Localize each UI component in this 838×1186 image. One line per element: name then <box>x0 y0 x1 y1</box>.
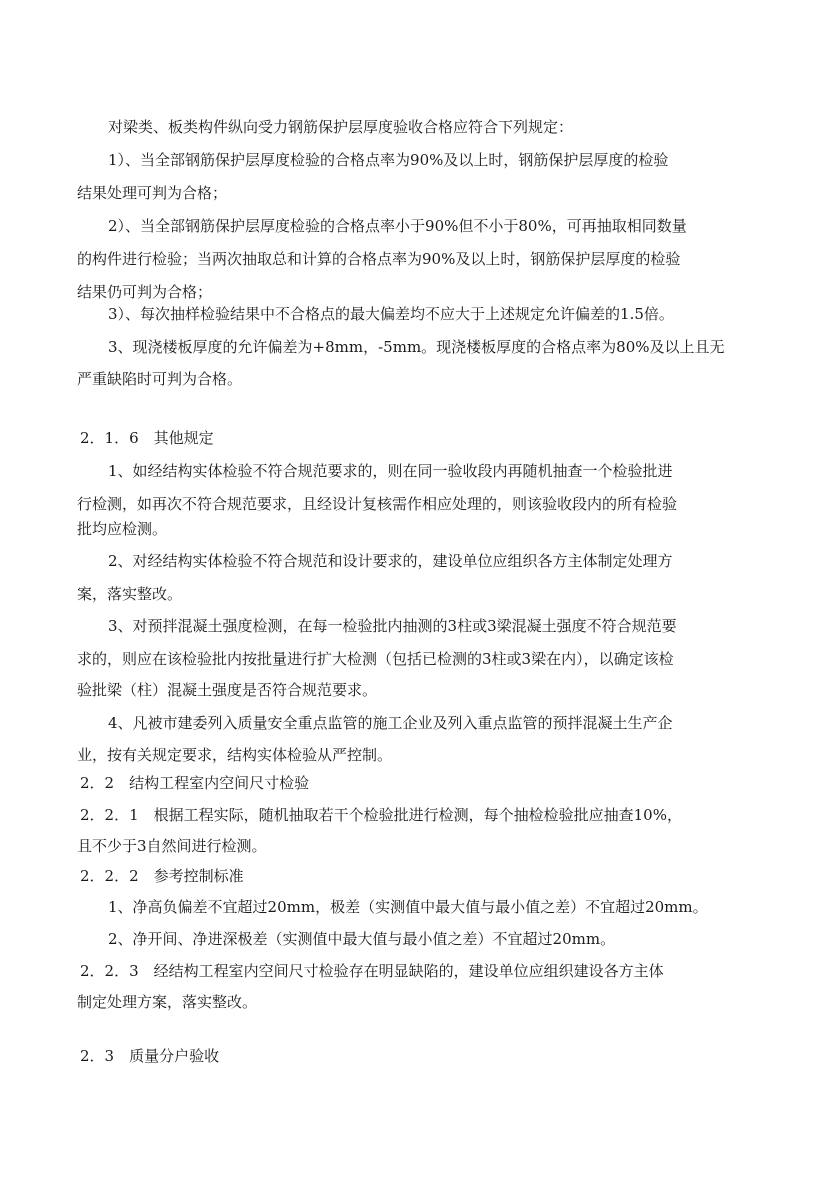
paragraph-line: 2）、当全部钢筋保护层厚度检验的合格点率小于90%但不小于80%，可再抽取相同数… <box>108 216 687 236</box>
paragraph-line: 2、净开间、净进深极差（实测值中最大值与最小值之差）不宜超过20mm。 <box>108 929 615 949</box>
paragraph-line: 严重缺陷时可判为合格。 <box>77 369 242 389</box>
paragraph-line: 制定处理方案，落实整改。 <box>77 992 257 1012</box>
paragraph-line: 3、现浇楼板厚度的允许偏差为+8mm，-5mm。现浇楼板厚度的合格点率为80%及… <box>108 337 725 357</box>
paragraph-line: 验批梁（柱）混凝土强度是否符合规范要求。 <box>77 680 377 700</box>
paragraph-line: 批均应检测。 <box>77 519 167 539</box>
paragraph-line: 结果处理可判为合格； <box>77 183 227 203</box>
paragraph-line: 1、净高负偏差不宜超过20mm，极差（实测值中最大值与最小值之差）不宜超过20m… <box>108 897 708 917</box>
paragraph-line: 3）、每次抽样检验结果中不合格点的最大偏差均不应大于上述规定允许偏差的1.5倍。 <box>108 304 674 324</box>
paragraph-line: 案，落实整改。 <box>77 584 182 604</box>
paragraph-line: 的构件进行检验；当两次抽取总和计算的合格点率为90%及以上时，钢筋保护层厚度的检… <box>77 249 680 269</box>
paragraph-line: 且不少于3自然间进行检测。 <box>77 836 267 856</box>
paragraph-line: 1、如经结构实体检验不符合规范要求的，则在同一验收段内再随机抽查一个检验批进 <box>108 461 673 481</box>
paragraph-line: 业，按有关规定要求，结构实体检验从严控制。 <box>77 745 392 765</box>
paragraph-line: 3、对预拌混凝土强度检测，在每一检验批内抽测的3柱或3梁混凝土强度不符合规范要 <box>108 616 677 636</box>
paragraph-line: 结果仍可判为合格； <box>77 282 212 302</box>
section-heading-2-2: 2．2 结构工程室内空间尺寸检验 <box>80 773 309 793</box>
document-page: 对梁类、板类构件纵向受力钢筋保护层厚度验收合格应符合下列规定： 1）、当全部钢筋… <box>0 0 838 1186</box>
section-heading-2-3: 2．3 质量分户验收 <box>80 1046 219 1066</box>
paragraph-line: 求的，则应在该检验批内按批量进行扩大检测（包括已检测的3柱或3梁在内），以确定该… <box>77 649 674 669</box>
paragraph-line: 行检测，如再次不符合规范要求，且经设计复核需作相应处理的，则该验收段内的所有检验 <box>77 494 677 514</box>
paragraph-line: 对梁类、板类构件纵向受力钢筋保护层厚度验收合格应符合下列规定： <box>108 117 573 137</box>
paragraph-line: 2、对经结构实体检验不符合规范和设计要求的，建设单位应组织各方主体制定处理方 <box>108 551 673 571</box>
section-heading-2-1-6: 2．1．6 其他规定 <box>80 428 214 448</box>
paragraph-line: 4、凡被市建委列入质量安全重点监管的施工企业及列入重点监管的预拌混凝土生产企 <box>108 713 673 733</box>
paragraph-line: 1）、当全部钢筋保护层厚度检验的合格点率为90%及以上时，钢筋保护层厚度的检验 <box>108 150 668 170</box>
section-heading-2-2-1: 2．2．1 根据工程实际，随机抽取若干个检验批进行检测，每个抽检检验批应抽查10… <box>80 805 682 825</box>
section-heading-2-2-2: 2．2．2 参考控制标准 <box>80 866 244 886</box>
section-heading-2-2-3: 2．2．3 经结构工程室内空间尺寸检验存在明显缺陷的，建设单位应组织建设各方主体 <box>80 961 664 981</box>
